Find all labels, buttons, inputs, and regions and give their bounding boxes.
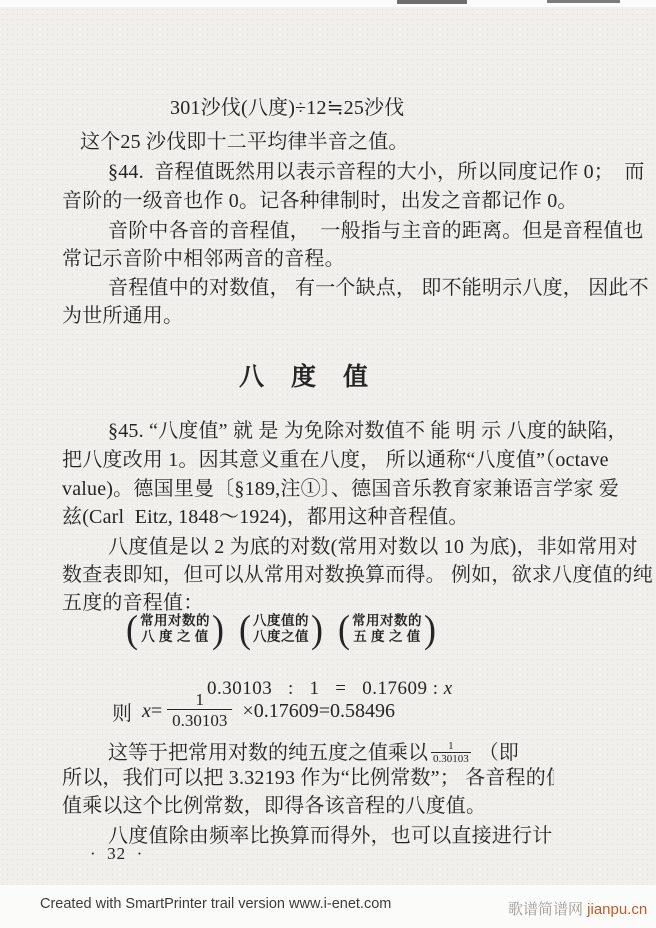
paragraph-multiply-line: 这等于把常用对数的纯五度之值乘以 1 0.30103 （即 — [108, 736, 519, 765]
mult-prefix: 这等于把常用对数的纯五度之值乘以 — [108, 736, 428, 765]
section-title-octave-value: 八度值 — [239, 357, 395, 393]
solve-label: 则 — [112, 697, 142, 726]
fraction-numerator: 1 — [448, 741, 454, 752]
text-line-section-45: §45. “八度值” 就 是 为免除对数值不 能 明 示 八度的缺陷， — [108, 419, 628, 443]
text-line: 音程值中的对数值， 有一个缺点， 即不能明示八度， 因此不 — [108, 276, 649, 300]
watermark-domain: jianpu.cn — [587, 901, 647, 918]
text-line: 音阶的一级音也作 0。记各种律制时，出发之音都记作 0。 — [62, 189, 578, 213]
fraction-denominator: 0.30103 — [431, 752, 471, 766]
equation-shafa: 301沙伐(八度)÷12≒25沙伐 — [170, 96, 404, 120]
text-line: value)。德国里曼〔§189,注①〕、德国音乐教育家兼语言学家 爱 — [62, 477, 619, 501]
left-paren: ( — [239, 610, 251, 647]
text-line: 常记示音阶中相邻两音的音程。 — [62, 247, 345, 271]
text-line-body: 所以，我们可以把 3.32193 作为“比例常数”； 各音程的 — [62, 767, 546, 789]
bracket-label-line: 五 度 之 值 — [352, 629, 422, 646]
right-paren: ) — [212, 610, 224, 647]
ratio-variable-x: x — [444, 678, 453, 699]
clipped-character: 值 — [546, 766, 554, 790]
smartprinter-watermark: Created with SmartPrinter trail version … — [40, 896, 391, 912]
bracket-group-common-log-fifth: ( 常用对数的 五 度 之 值 ) — [338, 612, 436, 646]
text-line: 八度值是以 2 为底的对数(常用对数以 10 为底)，非如常用对 — [108, 535, 638, 559]
text-line: 把八度改用 1。因其意义重在八度， 所以通称“八度值”（octave — [62, 448, 609, 472]
jianpu-watermark: 歌谱简谱网 jianpu.cn — [508, 898, 647, 919]
scanned-book-page: 301沙伐(八度)÷12≒25沙伐 这个25 沙伐即十二平均律半音之值。 §44… — [0, 0, 656, 928]
bracket-label-line: 常用对数的 — [352, 613, 422, 630]
text-line: 数查表即知，但可以从常用对数换算而得。 例如，欲求八度值的纯 — [62, 563, 653, 587]
text-line: 所以，我们可以把 3.32193 作为“比例常数”； 各音程的值 — [62, 766, 554, 790]
bracket-label-line: 常用对数的 — [140, 613, 210, 630]
text-line: 音阶中各音的音程值， 一般指与主音的距离。但是音程值也 — [108, 219, 644, 243]
bracket-group-common-log-octave: ( 常用对数的 八 度 之 值 ) — [126, 612, 224, 646]
text-line: 值乘以这个比例常数，即得各该音程的八度值。 — [62, 794, 486, 818]
left-paren: ( — [126, 610, 138, 647]
bracket-label-line: 八 度 之 值 — [140, 629, 210, 646]
mult-suffix: （即 — [474, 736, 519, 765]
bracket-label-line: 八度之值 — [253, 629, 309, 646]
solve-tail: ×0.17609=0.58496 — [237, 700, 395, 723]
bracket-group-octave-value: ( 八度值的 八度之值 ) — [239, 612, 323, 646]
fraction-denominator: 0.30103 — [167, 709, 232, 731]
scan-artifact-bar — [397, 0, 467, 4]
page-number: · 32 · — [90, 844, 143, 864]
equals-sign: = — [151, 700, 162, 723]
bracket-label-line: 八度值的 — [253, 613, 309, 630]
text-line: 这个25 沙伐即十二平均律半音之值。 — [80, 130, 409, 154]
text-line-section-44: §44. 音程值既然用以表示音程的大小，所以同度记作 0； 而 — [108, 160, 645, 184]
text-line: 兹(Carl Eitz, 1848～1924)，都用这种音程值。 — [62, 505, 469, 529]
scan-artifact-bar — [547, 0, 620, 3]
left-paren: ( — [338, 610, 350, 647]
proportion-column-labels: ( 常用对数的 八 度 之 值 ) ( 八度值的 八度之值 ) ( 常用对数的 … — [126, 612, 436, 646]
text-line: 八度值除由频率比换算而得外，也可以直接进行计 — [108, 824, 552, 848]
watermark-site-name: 歌谱简谱网 — [508, 901, 587, 918]
inline-fraction-one-over-030103: 1 0.30103 — [431, 741, 471, 766]
text-line: 为世所通用。 — [62, 304, 183, 328]
solve-variable-x: x — [142, 700, 151, 723]
right-paren: ) — [424, 610, 436, 647]
fraction-one-over-030103: 1 0.30103 — [167, 691, 232, 731]
fraction-numerator: 1 — [196, 691, 205, 709]
right-paren: ) — [311, 610, 323, 647]
solution-equation: 则 x= 1 0.30103 ×0.17609=0.58496 — [112, 691, 395, 731]
